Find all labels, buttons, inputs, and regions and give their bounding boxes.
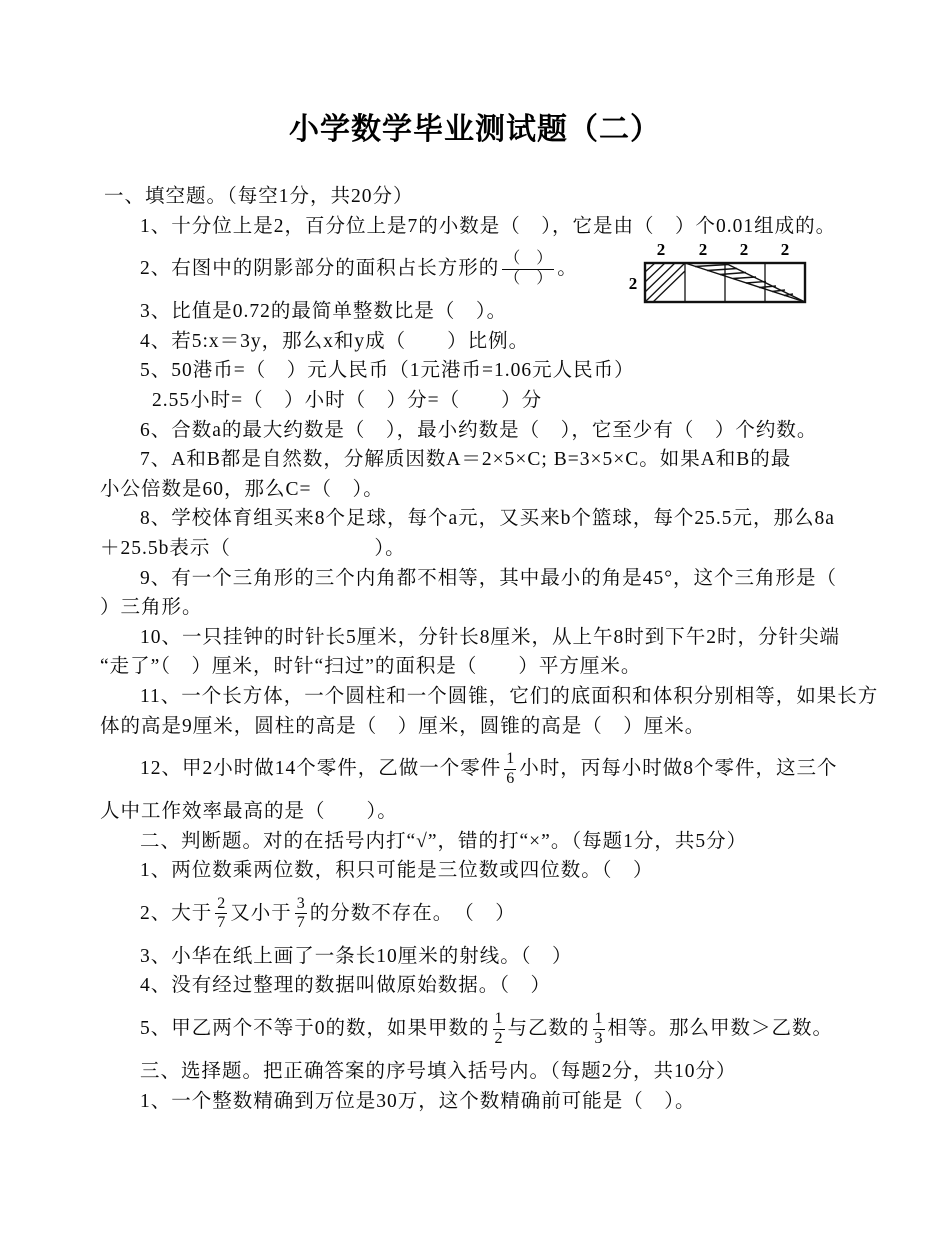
fill-q8-line1: 8、学校体育组买来8个足球，每个a元，又买来b个篮球，每个25.5元，那么8a [100, 504, 852, 534]
text-segment: 三、选择题。把正确答案的序号填入括号内。（每题2分，共10分） [140, 1061, 737, 1082]
fill-q6: 6、合数a的最大约数是（ ），最小约数是（ ），它至少有（ ）个约数。 [100, 416, 852, 446]
figure-top-label: 2 [657, 240, 666, 259]
hatched-sliver-triangle [685, 263, 805, 302]
text-segment: 小公倍数是60，那么C=（ ）。 [100, 479, 384, 500]
text-segment: 3、小华在纸上画了一条长10厘米的射线。（ ） [140, 946, 573, 967]
section-3-header: 三、选择题。把正确答案的序号填入括号内。（每题2分，共10分） [100, 1057, 852, 1087]
text-segment: 1、一个整数精确到万位是30万，这个数精确前可能是（ ）。 [140, 1091, 696, 1112]
fraction: 13 [593, 1010, 605, 1048]
text-segment: 10、一只挂钟的时针长5厘米，分针长8厘米，从上午8时到下午2时，分针尖端 [140, 627, 840, 648]
text-segment: 7、A和B都是自然数，分解质因数A＝2×5×C; B=3×5×C。如果A和B的最 [140, 449, 791, 470]
text-segment: 5、50港币=（ ）元人民币（1元港币=1.06元人民币） [140, 360, 635, 381]
fraction: 12 [493, 1010, 505, 1048]
fill-q10-line2: “走了”（ ）厘米，时针“扫过”的面积是（ ）平方厘米。 [100, 652, 852, 682]
text-segment: 人中工作效率最高的是（ ）。 [100, 801, 398, 822]
text-segment: “走了”（ ）厘米，时针“扫过”的面积是（ ）平方厘米。 [100, 656, 641, 677]
judge-q1: 1、两位数乘两位数，积只可能是三位数或四位数。（ ） [100, 856, 852, 886]
judge-q4: 4、没有经过整理的数据叫做原始数据。（ ） [100, 971, 852, 1001]
fraction-denominator: 3 [593, 1029, 605, 1048]
text-segment: ＋25.5b表示（ ）。 [100, 538, 406, 559]
text-segment: 一、填空题。（每空1分，共20分） [104, 186, 414, 207]
text-segment: 小时，丙每小时做8个零件，这三个 [519, 754, 837, 784]
test-paper-page: 小学数学毕业测试题（二） 2 2 2 2 2 [0, 0, 950, 1235]
page-title: 小学数学毕业测试题（二） [0, 0, 950, 148]
section-2-header: 二、判断题。对的在括号内打“√”，错的打“×”。（每题1分，共5分） [100, 827, 852, 857]
text-segment: 3、比值是0.72的最简单整数比是（ ）。 [140, 301, 507, 322]
fraction: 27 [215, 895, 227, 933]
fraction-numerator: 3 [295, 895, 307, 913]
fill-q7-line2: 小公倍数是60，那么C=（ ）。 [100, 475, 852, 505]
fraction-numerator: 1 [593, 1010, 605, 1028]
judge-q3: 3、小华在纸上画了一条长10厘米的射线。（ ） [100, 942, 852, 972]
hatched-triangle-left [645, 263, 685, 302]
text-segment: 的分数不存在。 （ ） [310, 899, 516, 929]
fill-q10-line1: 10、一只挂钟的时针长5厘米，分针长8厘米，从上午8时到下午2时，分针尖端 [100, 623, 852, 653]
text-segment: 6、合数a的最大约数是（ ），最小约数是（ ），它至少有（ ）个约数。 [140, 420, 817, 441]
choice-q1: 1、一个整数精确到万位是30万，这个数精确前可能是（ ）。 [100, 1087, 852, 1117]
fraction: 16 [504, 750, 516, 788]
fraction: （ ）（ ） [502, 250, 554, 288]
text-segment: 二、判断题。对的在括号内打“√”，错的打“×”。（每题1分，共5分） [140, 831, 747, 852]
text-segment: 8、学校体育组买来8个足球，每个a元，又买来b个篮球，每个25.5元，那么8a [140, 508, 835, 529]
text-segment: 体的高是9厘米，圆柱的高是（ ）厘米，圆锥的高是（ ）厘米。 [100, 716, 705, 737]
fill-q12-line2: 人中工作效率最高的是（ ）。 [100, 797, 852, 827]
section-1-header: 一、填空题。（每空1分，共20分） [100, 182, 852, 212]
fill-q5: 5、50港币=（ ）元人民币（1元港币=1.06元人民币） [100, 356, 852, 386]
text-segment: ）三角形。 [100, 597, 203, 618]
fill-q7-line1: 7、A和B都是自然数，分解质因数A＝2×5×C; B=3×5×C。如果A和B的最 [100, 445, 852, 475]
fraction: 37 [295, 895, 307, 933]
text-segment: 11、一个长方体，一个圆柱和一个圆锥，它们的底面积和体积分别相等，如果长方 [140, 686, 878, 707]
fraction-denominator: 2 [493, 1029, 505, 1048]
fraction-denominator: 6 [504, 769, 516, 788]
text-segment: 12、甲2小时做14个零件，乙做一个零件 [140, 754, 501, 784]
text-segment: 2.55小时=（ ）小时（ ）分=（ ）分 [152, 390, 542, 411]
text-segment: 相等。那么甲数＞乙数。 [608, 1014, 834, 1044]
text-segment: 1、十分位上是2，百分位上是7的小数是（ ），它是由（ ）个0.01组成的。 [140, 216, 836, 237]
fraction-denominator: （ ） [502, 269, 554, 288]
text-segment: 2、大于 [140, 899, 212, 929]
fill-q11-line1: 11、一个长方体，一个圆柱和一个圆锥，它们的底面积和体积分别相等，如果长方 [100, 682, 852, 712]
fraction-denominator: 7 [295, 913, 307, 932]
fraction-numerator: （ ） [502, 250, 554, 268]
document-body: 一、填空题。（每空1分，共20分）1、十分位上是2，百分位上是7的小数是（ ），… [100, 182, 852, 1116]
fraction-numerator: 1 [493, 1010, 505, 1028]
figure-left-label: 2 [629, 274, 638, 293]
judge-q5: 5、甲乙两个不等于0的数，如果甲数的12与乙数的13相等。那么甲数＞乙数。 [100, 1001, 852, 1057]
text-segment: 4、没有经过整理的数据叫做原始数据。（ ） [140, 975, 551, 996]
text-segment: 9、有一个三角形的三个内角都不相等，其中最小的角是45°，这个三角形是（ [140, 568, 837, 589]
text-segment: 4、若5:x＝3y，那么x和y成（ ）比例。 [140, 331, 529, 352]
judge-q2: 2、大于27又小于37的分数不存在。 （ ） [100, 886, 852, 942]
fraction-numerator: 1 [504, 750, 516, 768]
fill-q5b: 2.55小时=（ ）小时（ ）分=（ ）分 [100, 386, 852, 416]
fill-q8-line2: ＋25.5b表示（ ）。 [100, 534, 852, 564]
figure-left-label: 2 [781, 240, 790, 259]
text-segment: 又小于 [230, 899, 292, 929]
fill-q9-line2: ）三角形。 [100, 593, 852, 623]
figure-shaded-rectangle: 2 2 2 2 2 [625, 236, 855, 306]
figure-top-label: 2 [699, 240, 708, 259]
text-segment: 。 [557, 254, 578, 284]
fill-q4: 4、若5:x＝3y，那么x和y成（ ）比例。 [100, 327, 852, 357]
text-segment: 1、两位数乘两位数，积只可能是三位数或四位数。（ ） [140, 860, 654, 881]
fill-q11-line2: 体的高是9厘米，圆柱的高是（ ）厘米，圆锥的高是（ ）厘米。 [100, 712, 852, 742]
fraction-denominator: 7 [215, 913, 227, 932]
fraction-numerator: 2 [215, 895, 227, 913]
text-segment: 与乙数的 [508, 1014, 590, 1044]
fill-q12-line1: 12、甲2小时做14个零件，乙做一个零件16小时，丙每小时做8个零件，这三个 [100, 741, 852, 797]
text-segment: 2、右图中的阴影部分的面积占长方形的 [140, 254, 499, 284]
figure-top-label: 2 [740, 240, 749, 259]
fill-q9-line1: 9、有一个三角形的三个内角都不相等，其中最小的角是45°，这个三角形是（ [100, 564, 852, 594]
text-segment: 5、甲乙两个不等于0的数，如果甲数的 [140, 1014, 490, 1044]
